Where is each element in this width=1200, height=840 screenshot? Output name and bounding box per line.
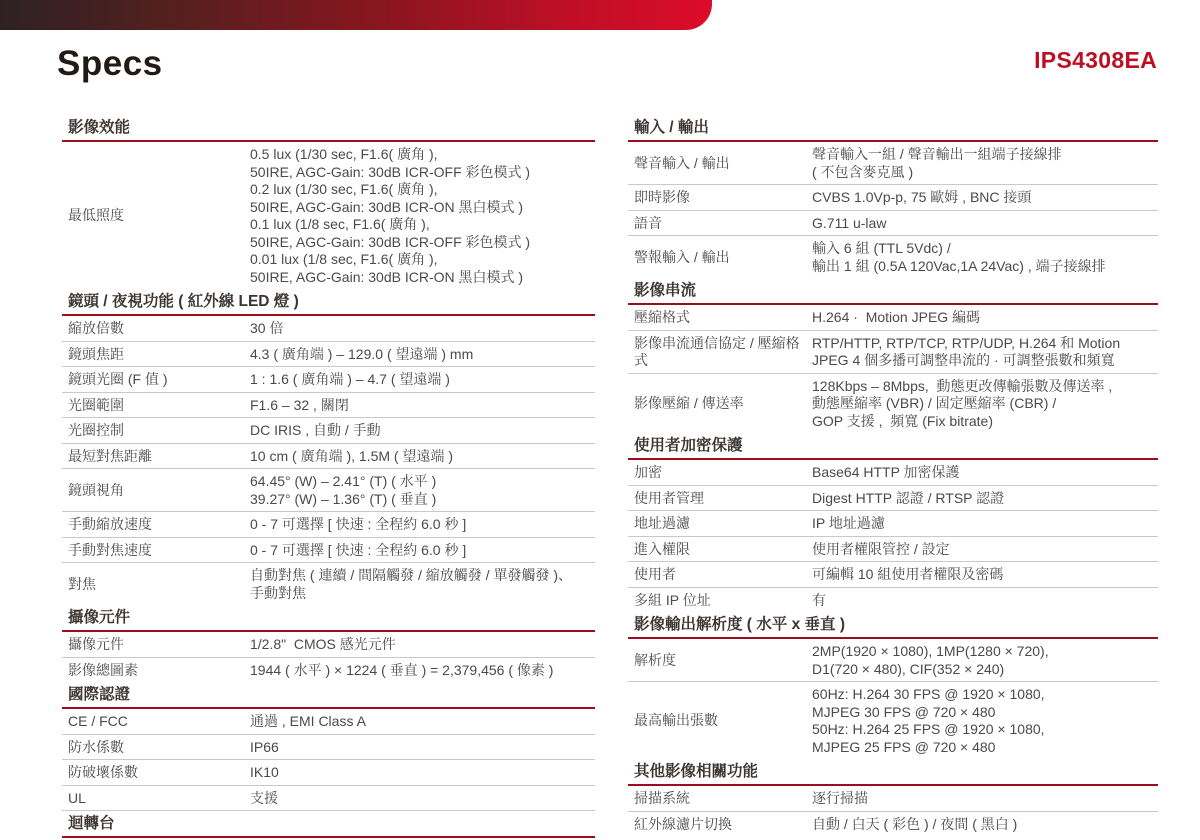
spec-row: 影像總圖素1944 ( 水平 ) × 1224 ( 垂直 ) = 2,379,4… <box>62 658 595 683</box>
spec-value: 支援 <box>250 790 595 808</box>
spec-row: 紅外線濾片切換自動 / 白天 ( 彩色 ) / 夜間 ( 黑白 ) <box>628 812 1158 837</box>
spec-value: Digest HTTP 認證 / RTSP 認證 <box>812 490 1158 508</box>
spec-value-line: 50IRE, AGC-Gain: 30dB ICR-OFF 彩色模式 ) <box>250 164 595 182</box>
spec-row: 防水係數IP66 <box>62 735 595 761</box>
spec-value-line: G.711 u-law <box>812 215 1158 233</box>
spec-value-line: 使用者權限管控 / 設定 <box>812 541 1158 559</box>
spec-row: 掃描系統逐行掃描 <box>628 786 1158 812</box>
spec-row: 光圈控制DC IRIS , 自動 / 手動 <box>62 418 595 444</box>
spec-value-line: IP 地址過濾 <box>812 515 1158 533</box>
spec-label: 進入權限 <box>628 541 812 559</box>
spec-value: 0.5 lux (1/30 sec, F1.6( 廣角 ),50IRE, AGC… <box>250 146 595 286</box>
spec-label: 鏡頭視角 <box>62 482 250 500</box>
section-title: 迴轉台 <box>62 811 595 838</box>
spec-value: 1 : 1.6 ( 廣角端 ) – 4.7 ( 望遠端 ) <box>250 371 595 389</box>
spec-value-line: 50IRE, AGC-Gain: 30dB ICR-OFF 彩色模式 ) <box>250 234 595 252</box>
section-title: 攝像元件 <box>62 605 595 632</box>
spec-value: 可編輯 10 組使用者權限及密碼 <box>812 566 1158 584</box>
spec-value-line: 可編輯 10 組使用者權限及密碼 <box>812 566 1158 584</box>
spec-value-line: 0.1 lux (1/8 sec, F1.6( 廣角 ), <box>250 216 595 234</box>
spec-value-line: 1/2.8" CMOS 感光元件 <box>250 636 595 654</box>
spec-value-line: DC IRIS , 自動 / 手動 <box>250 422 595 440</box>
spec-label: 手動對焦速度 <box>62 542 250 560</box>
spec-value: 自動 / 白天 ( 彩色 ) / 夜間 ( 黑白 ) <box>812 816 1158 834</box>
spec-label: 影像總圖素 <box>62 662 250 680</box>
spec-column-right: 輸入 / 輸出聲音輸入 / 輸出聲音輸入一組 / 聲音輸出一組端子接線排( 不包… <box>628 115 1158 838</box>
spec-value: RTP/HTTP, RTP/TCP, RTP/UDP, H.264 和 Moti… <box>812 335 1158 370</box>
section-title: 影像效能 <box>62 115 595 142</box>
section-title: 鏡頭 / 夜視功能 ( 紅外線 LED 燈 ) <box>62 289 595 316</box>
spec-label: 警報輸入 / 輸出 <box>628 249 812 267</box>
spec-label: 防水係數 <box>62 739 250 757</box>
spec-value-line: 動態壓縮率 (VBR) / 固定壓縮率 (CBR) / <box>812 395 1158 413</box>
section-title: 使用者加密保護 <box>628 433 1158 460</box>
spec-row: 警報輸入 / 輸出輸入 6 組 (TTL 5Vdc) /輸出 1 組 (0.5A… <box>628 236 1158 278</box>
spec-value-line: 50IRE, AGC-Gain: 30dB ICR-ON 黑白模式 ) <box>250 269 595 287</box>
spec-value-line: 64.45° (W) – 2.41° (T) ( 水平 ) <box>250 473 595 491</box>
spec-value-line: 50Hz: H.264 25 FPS @ 1920 × 1080, <box>812 721 1158 739</box>
spec-row: 手動對焦速度0 - 7 可選擇 [ 快速 : 全程約 6.0 秒 ] <box>62 538 595 564</box>
spec-row: 鏡頭焦距4.3 ( 廣角端 ) – 129.0 ( 望遠端 ) mm <box>62 342 595 368</box>
spec-section: 使用者加密保護加密Base64 HTTP 加密保護使用者管理Digest HTT… <box>628 433 1158 612</box>
spec-value-line: H.264 · Motion JPEG 編碼 <box>812 309 1158 327</box>
spec-value-line: 0.01 lux (1/8 sec, F1.6( 廣角 ), <box>250 251 595 269</box>
spec-row: 即時影像CVBS 1.0Vp-p, 75 歐姆 , BNC 接頭 <box>628 185 1158 211</box>
spec-value: 1944 ( 水平 ) × 1224 ( 垂直 ) = 2,379,456 ( … <box>250 662 595 680</box>
spec-label: 聲音輸入 / 輸出 <box>628 155 812 173</box>
spec-value-line: 128Kbps – 8Mbps, 動態更改傳輸張數及傳送率 , <box>812 378 1158 396</box>
spec-value-line: CVBS 1.0Vp-p, 75 歐姆 , BNC 接頭 <box>812 189 1158 207</box>
spec-value-line: 39.27° (W) – 1.36° (T) ( 垂直 ) <box>250 491 595 509</box>
spec-value-line: 手動對焦 <box>250 585 595 603</box>
spec-columns: 影像效能最低照度0.5 lux (1/30 sec, F1.6( 廣角 ),50… <box>62 115 1158 838</box>
spec-row: 防破壞係數IK10 <box>62 760 595 786</box>
spec-value-line: 0.2 lux (1/30 sec, F1.6( 廣角 ), <box>250 181 595 199</box>
spec-value-line: 1 : 1.6 ( 廣角端 ) – 4.7 ( 望遠端 ) <box>250 371 595 389</box>
spec-value-line: 輸出 1 組 (0.5A 120Vac,1A 24Vac) , 端子接線排 <box>812 258 1158 276</box>
spec-label: 最高輸出張數 <box>628 712 812 730</box>
spec-row: UL支援 <box>62 786 595 812</box>
model-number: IPS4308EA <box>1034 46 1157 74</box>
spec-value-line: D1(720 × 480), CIF(352 × 240) <box>812 661 1158 679</box>
spec-label: 加密 <box>628 464 812 482</box>
spec-value-line: 逐行掃描 <box>812 790 1158 808</box>
spec-row: 對焦自動對焦 ( 連續 / 間隔觸發 / 縮放觸發 / 單發觸發 )、手動對焦 <box>62 563 595 605</box>
spec-section: 影像輸出解析度 ( 水平 x 垂直 )解析度2MP(1920 × 1080), … <box>628 612 1158 759</box>
spec-value-line: IK10 <box>250 764 595 782</box>
spec-value-line: GOP 支援 , 頻寬 (Fix bitrate) <box>812 413 1158 431</box>
spec-label: 解析度 <box>628 652 812 670</box>
spec-value-line: 1944 ( 水平 ) × 1224 ( 垂直 ) = 2,379,456 ( … <box>250 662 595 680</box>
spec-label: 影像壓縮 / 傳送率 <box>628 395 812 413</box>
spec-row: 加密Base64 HTTP 加密保護 <box>628 460 1158 486</box>
spec-label: 手動縮放速度 <box>62 516 250 534</box>
spec-label: 對焦 <box>62 576 250 594</box>
spec-value: 聲音輸入一組 / 聲音輸出一組端子接線排( 不包含麥克風 ) <box>812 146 1158 181</box>
spec-value-line: 聲音輸入一組 / 聲音輸出一組端子接線排 <box>812 146 1158 164</box>
spec-row: 地址過濾IP 地址過濾 <box>628 511 1158 537</box>
spec-value-line: JPEG 4 個多播可調整串流的 · 可調整張數和頻寬 <box>812 352 1158 370</box>
spec-section: 鏡頭 / 夜視功能 ( 紅外線 LED 燈 )縮放倍數30 倍鏡頭焦距4.3 (… <box>62 289 595 605</box>
spec-value-line: 0.5 lux (1/30 sec, F1.6( 廣角 ), <box>250 146 595 164</box>
spec-row: 最低照度0.5 lux (1/30 sec, F1.6( 廣角 ),50IRE,… <box>62 142 595 289</box>
header-accent-bar <box>0 0 712 30</box>
spec-value: 60Hz: H.264 30 FPS @ 1920 × 1080,MJPEG 3… <box>812 686 1158 756</box>
spec-row: 壓縮格式H.264 · Motion JPEG 編碼 <box>628 305 1158 331</box>
spec-label: 防破壞係數 <box>62 764 250 782</box>
spec-value: 128Kbps – 8Mbps, 動態更改傳輸張數及傳送率 ,動態壓縮率 (VB… <box>812 378 1158 431</box>
spec-value-line: 60Hz: H.264 30 FPS @ 1920 × 1080, <box>812 686 1158 704</box>
spec-label: 影像串流通信協定 / 壓縮格式 <box>628 335 812 370</box>
spec-row: 進入權限使用者權限管控 / 設定 <box>628 537 1158 563</box>
spec-value: 10 cm ( 廣角端 ), 1.5M ( 望遠端 ) <box>250 448 595 466</box>
spec-row: 語音G.711 u-law <box>628 211 1158 237</box>
spec-value: 輸入 6 組 (TTL 5Vdc) /輸出 1 組 (0.5A 120Vac,1… <box>812 240 1158 275</box>
spec-value: 0 - 7 可選擇 [ 快速 : 全程約 6.0 秒 ] <box>250 516 595 534</box>
title-row: Specs IPS4308EA <box>57 44 1157 84</box>
spec-value-line: 輸入 6 組 (TTL 5Vdc) / <box>812 240 1158 258</box>
spec-row: 解析度2MP(1920 × 1080), 1MP(1280 × 720),D1(… <box>628 639 1158 682</box>
spec-row: 鏡頭光圈 (F 值 )1 : 1.6 ( 廣角端 ) – 4.7 ( 望遠端 ) <box>62 367 595 393</box>
spec-label: 光圈控制 <box>62 422 250 440</box>
spec-value-line: MJPEG 30 FPS @ 720 × 480 <box>812 704 1158 722</box>
spec-row: 攝像元件1/2.8" CMOS 感光元件 <box>62 632 595 658</box>
spec-value-line: IP66 <box>250 739 595 757</box>
spec-value: 4.3 ( 廣角端 ) – 129.0 ( 望遠端 ) mm <box>250 346 595 364</box>
spec-label: 鏡頭光圈 (F 值 ) <box>62 371 250 389</box>
spec-value: IK10 <box>250 764 595 782</box>
spec-label: 最短對焦距離 <box>62 448 250 466</box>
section-title: 輸入 / 輸出 <box>628 115 1158 142</box>
spec-label: 即時影像 <box>628 189 812 207</box>
spec-label: 多組 IP 位址 <box>628 592 812 610</box>
spec-label: 掃描系統 <box>628 790 812 808</box>
spec-value: G.711 u-law <box>812 215 1158 233</box>
spec-section: 其他影像相關功能掃描系統逐行掃描紅外線濾片切換自動 / 白天 ( 彩色 ) / … <box>628 759 1158 836</box>
spec-value-line: 支援 <box>250 790 595 808</box>
spec-value: 2MP(1920 × 1080), 1MP(1280 × 720),D1(720… <box>812 643 1158 678</box>
section-title: 其他影像相關功能 <box>628 759 1158 786</box>
spec-value-line: 4.3 ( 廣角端 ) – 129.0 ( 望遠端 ) mm <box>250 346 595 364</box>
spec-value: H.264 · Motion JPEG 編碼 <box>812 309 1158 327</box>
spec-row: 手動縮放速度0 - 7 可選擇 [ 快速 : 全程約 6.0 秒 ] <box>62 512 595 538</box>
spec-row: 聲音輸入 / 輸出聲音輸入一組 / 聲音輸出一組端子接線排( 不包含麥克風 ) <box>628 142 1158 185</box>
spec-value: IP 地址過濾 <box>812 515 1158 533</box>
spec-value: 0 - 7 可選擇 [ 快速 : 全程約 6.0 秒 ] <box>250 542 595 560</box>
spec-value: F1.6 – 32 , 關閉 <box>250 397 595 415</box>
spec-value-line: 有 <box>812 592 1158 610</box>
spec-value: 30 倍 <box>250 320 595 338</box>
spec-value-line: ( 不包含麥克風 ) <box>812 164 1158 182</box>
spec-label: CE / FCC <box>62 713 250 731</box>
page-title: Specs <box>57 44 163 84</box>
spec-value-line: Base64 HTTP 加密保護 <box>812 464 1158 482</box>
spec-section: 迴轉台 <box>62 811 595 838</box>
spec-value-line: MJPEG 25 FPS @ 720 × 480 <box>812 739 1158 757</box>
spec-label: 地址過濾 <box>628 515 812 533</box>
spec-value-line: 2MP(1920 × 1080), 1MP(1280 × 720), <box>812 643 1158 661</box>
spec-label: 鏡頭焦距 <box>62 346 250 364</box>
section-title: 影像串流 <box>628 278 1158 305</box>
spec-section: 國際認證CE / FCC通過 , EMI Class A防水係數IP66防破壞係… <box>62 682 595 811</box>
spec-section: 攝像元件攝像元件1/2.8" CMOS 感光元件影像總圖素1944 ( 水平 )… <box>62 605 595 682</box>
spec-value: 通過 , EMI Class A <box>250 713 595 731</box>
spec-row: 最短對焦距離10 cm ( 廣角端 ), 1.5M ( 望遠端 ) <box>62 444 595 470</box>
spec-value-line: 自動對焦 ( 連續 / 間隔觸發 / 縮放觸發 / 單發觸發 )、 <box>250 567 595 585</box>
spec-label: 紅外線濾片切換 <box>628 816 812 834</box>
section-title: 影像輸出解析度 ( 水平 x 垂直 ) <box>628 612 1158 639</box>
spec-value-line: 通過 , EMI Class A <box>250 713 595 731</box>
spec-row: 縮放倍數30 倍 <box>62 316 595 342</box>
spec-value: DC IRIS , 自動 / 手動 <box>250 422 595 440</box>
spec-label: UL <box>62 790 250 808</box>
spec-section: 影像效能最低照度0.5 lux (1/30 sec, F1.6( 廣角 ),50… <box>62 115 595 289</box>
spec-label: 光圈範圍 <box>62 397 250 415</box>
spec-value-line: 0 - 7 可選擇 [ 快速 : 全程約 6.0 秒 ] <box>250 516 595 534</box>
spec-row: 多組 IP 位址有 <box>628 588 1158 613</box>
spec-column-left: 影像效能最低照度0.5 lux (1/30 sec, F1.6( 廣角 ),50… <box>62 115 595 838</box>
spec-row: 使用者管理Digest HTTP 認證 / RTSP 認證 <box>628 486 1158 512</box>
spec-value: 有 <box>812 592 1158 610</box>
spec-value-line: F1.6 – 32 , 關閉 <box>250 397 595 415</box>
section-title: 國際認證 <box>62 682 595 709</box>
spec-section: 輸入 / 輸出聲音輸入 / 輸出聲音輸入一組 / 聲音輸出一組端子接線排( 不包… <box>628 115 1158 278</box>
spec-label: 使用者 <box>628 566 812 584</box>
spec-value: Base64 HTTP 加密保護 <box>812 464 1158 482</box>
spec-row: 光圈範圍F1.6 – 32 , 關閉 <box>62 393 595 419</box>
spec-value: 使用者權限管控 / 設定 <box>812 541 1158 559</box>
spec-value-line: 0 - 7 可選擇 [ 快速 : 全程約 6.0 秒 ] <box>250 542 595 560</box>
spec-value-line: RTP/HTTP, RTP/TCP, RTP/UDP, H.264 和 Moti… <box>812 335 1158 353</box>
spec-value-line: 10 cm ( 廣角端 ), 1.5M ( 望遠端 ) <box>250 448 595 466</box>
spec-row: 鏡頭視角64.45° (W) – 2.41° (T) ( 水平 )39.27° … <box>62 469 595 512</box>
spec-row: 使用者可編輯 10 組使用者權限及密碼 <box>628 562 1158 588</box>
spec-value-line: 50IRE, AGC-Gain: 30dB ICR-ON 黑白模式 ) <box>250 199 595 217</box>
spec-value-line: Digest HTTP 認證 / RTSP 認證 <box>812 490 1158 508</box>
spec-value: CVBS 1.0Vp-p, 75 歐姆 , BNC 接頭 <box>812 189 1158 207</box>
spec-row: 最高輸出張數60Hz: H.264 30 FPS @ 1920 × 1080,M… <box>628 682 1158 759</box>
spec-value: 逐行掃描 <box>812 790 1158 808</box>
spec-label: 壓縮格式 <box>628 309 812 327</box>
spec-sheet-page: Specs IPS4308EA 影像效能最低照度0.5 lux (1/30 se… <box>0 0 1200 840</box>
spec-label: 語音 <box>628 215 812 233</box>
spec-value: 1/2.8" CMOS 感光元件 <box>250 636 595 654</box>
spec-label: 最低照度 <box>62 207 250 225</box>
spec-label: 縮放倍數 <box>62 320 250 338</box>
spec-value-line: 自動 / 白天 ( 彩色 ) / 夜間 ( 黑白 ) <box>812 816 1158 834</box>
spec-label: 攝像元件 <box>62 636 250 654</box>
spec-section: 影像串流壓縮格式H.264 · Motion JPEG 編碼影像串流通信協定 /… <box>628 278 1158 433</box>
spec-row: 影像壓縮 / 傳送率128Kbps – 8Mbps, 動態更改傳輸張數及傳送率 … <box>628 374 1158 434</box>
spec-value: IP66 <box>250 739 595 757</box>
spec-row: CE / FCC通過 , EMI Class A <box>62 709 595 735</box>
spec-value: 自動對焦 ( 連續 / 間隔觸發 / 縮放觸發 / 單發觸發 )、手動對焦 <box>250 567 595 602</box>
spec-value: 64.45° (W) – 2.41° (T) ( 水平 )39.27° (W) … <box>250 473 595 508</box>
spec-row: 影像串流通信協定 / 壓縮格式RTP/HTTP, RTP/TCP, RTP/UD… <box>628 331 1158 374</box>
spec-label: 使用者管理 <box>628 490 812 508</box>
spec-value-line: 30 倍 <box>250 320 595 338</box>
